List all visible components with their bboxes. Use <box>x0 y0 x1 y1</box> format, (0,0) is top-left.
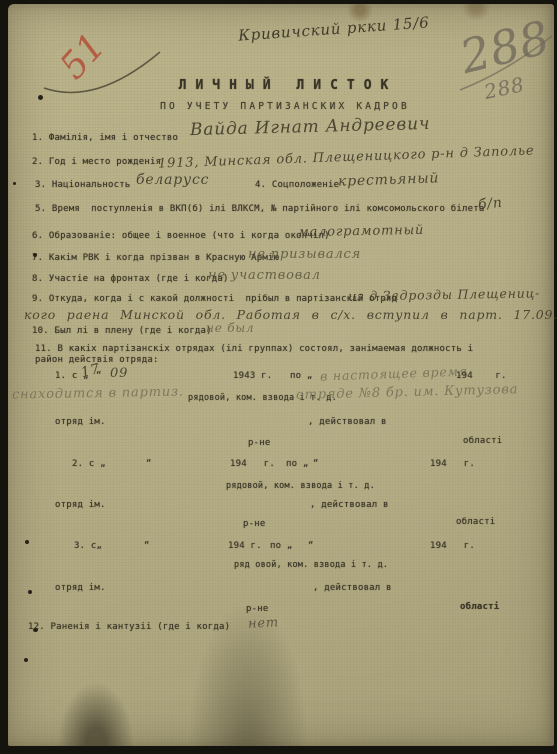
row2-role-options: рядовой, ком. взвода і т. д. <box>226 481 375 491</box>
row1-po: по „ <box>290 371 312 381</box>
field-label-conscription: 7. Какім РВК і когда прізван в Красную А… <box>32 253 279 263</box>
row2-quote: “ <box>146 459 152 469</box>
field-value-nationality: беларусс <box>136 172 209 188</box>
row3-year-from: 194 г. <box>228 541 262 551</box>
field-value-arrival-line1: из д Задрозды Плещениц- <box>348 285 540 303</box>
row3-district-label: р-не <box>246 604 268 614</box>
field-value-surname: Вайда Игнат Андреевич <box>190 114 431 140</box>
row1-year-to: 194 г. <box>456 371 507 381</box>
field-label-captivity: 10. Был лі в плену (где і когда) <box>32 326 212 336</box>
field-label-surname: 1. Фамілія, імя і отчество <box>32 133 178 143</box>
row3-role-options: ряд овой, ком. взвода і т. д. <box>234 560 388 570</box>
punch-hole <box>33 253 37 257</box>
field-value-party-membership: б/п <box>477 195 503 213</box>
document-title: ЛИЧНЫЙ ЛИСТОК <box>8 78 557 93</box>
field-label-wounds: 12. Раненія і кантузіі (где і когда) <box>28 622 230 632</box>
row3-start: 3. с„ <box>74 541 102 551</box>
strike-mark-over-red-number <box>36 42 166 102</box>
row2-year-to: 194 г. <box>430 459 475 469</box>
field-value-arrival-line2: кого раена Минской обл. Работая в с/х. в… <box>24 307 557 322</box>
row3-oblast-label: області <box>460 602 499 612</box>
field-label-front-service: 8. Участіе на фронтах (где і когда) <box>32 274 229 284</box>
field-value-birth: 1913, Минская обл. Плещеницкого р-н д За… <box>158 143 535 171</box>
field-label-detachment-history: 11. В какіх партізанскіх отрядах (ілі гр… <box>35 344 487 366</box>
handwritten-registry-note: Кривичский ркки 15/6 <box>238 13 430 44</box>
row3-quote2: “ <box>308 541 314 551</box>
scanned-document-sheet: Кривичский ркки 15/6 51 288 288 ЛИЧНЫЙ Л… <box>8 4 554 746</box>
field-value-front-service: не участвовал <box>208 268 321 283</box>
field-label-party-membership: 5. Время поступленія в ВКП(б) ілі ВЛКСМ,… <box>35 204 495 214</box>
row1-oblast-label: області <box>463 436 502 446</box>
row1-otryad-label: отряд ім. <box>55 417 106 427</box>
field-label-nationality: 3. Національность <box>35 180 131 190</box>
row2-acted-label: , действовал в <box>310 500 389 510</box>
field-value-conscription: не призывался <box>248 247 361 262</box>
punch-hole <box>28 590 32 594</box>
punch-hole <box>13 182 16 185</box>
field-value-captivity: не был <box>206 321 254 335</box>
document-subtitle: ПО УЧЕТУ ПАРТИЗАНСКИХ КАДРОВ <box>8 101 557 112</box>
row2-year-from: 194 г. <box>230 459 275 469</box>
row2-otryad-label: отряд ім. <box>55 500 106 510</box>
punch-hole <box>25 540 29 544</box>
row2-district-label: р-не <box>243 519 265 529</box>
row1-year-from: 1943 г. <box>233 371 272 381</box>
row1-status-handwritten-right: отряде №8 бр. им. Кутузова <box>296 382 519 403</box>
field-label-arrival-in-detachment: 9. Откуда, когда і с какой должності прі… <box>32 294 397 304</box>
field-value-social-position: крестьяный <box>338 170 440 190</box>
row3-otryad-label: отряд ім. <box>55 583 106 593</box>
row1-month-handwritten: 09 <box>110 366 128 381</box>
punch-hole <box>38 95 43 100</box>
row1-status-handwritten-left: снаходится в партиз. <box>12 385 184 403</box>
row2-quote2: “ <box>313 459 319 469</box>
row1-until-handwritten: в настоящее время <box>320 363 468 383</box>
punch-hole <box>24 658 28 662</box>
field-value-wounds: нет <box>248 615 280 632</box>
row2-start: 2. с „ <box>72 459 106 469</box>
row3-quote: “ <box>144 541 150 551</box>
row1-district-label: р-не <box>248 438 270 448</box>
row2-oblast-label: області <box>456 517 495 527</box>
row3-year-to: 194 г. <box>430 541 475 551</box>
field-value-education: малограмотный <box>298 223 424 240</box>
row2-po: по „ <box>286 459 308 469</box>
field-label-birth: 2. Год і место рожденія <box>32 157 161 167</box>
row3-acted-label: , действовал в <box>313 583 392 593</box>
row1-quote: “ <box>96 371 102 381</box>
field-label-social-position: 4. Соцположеніе <box>255 180 339 190</box>
row3-po: по „ <box>270 541 292 551</box>
punch-hole <box>33 628 38 632</box>
row1-acted-label: , действовал в <box>308 417 387 427</box>
field-label-education: 6. Образованіе: общее і военное (что і к… <box>32 231 330 241</box>
